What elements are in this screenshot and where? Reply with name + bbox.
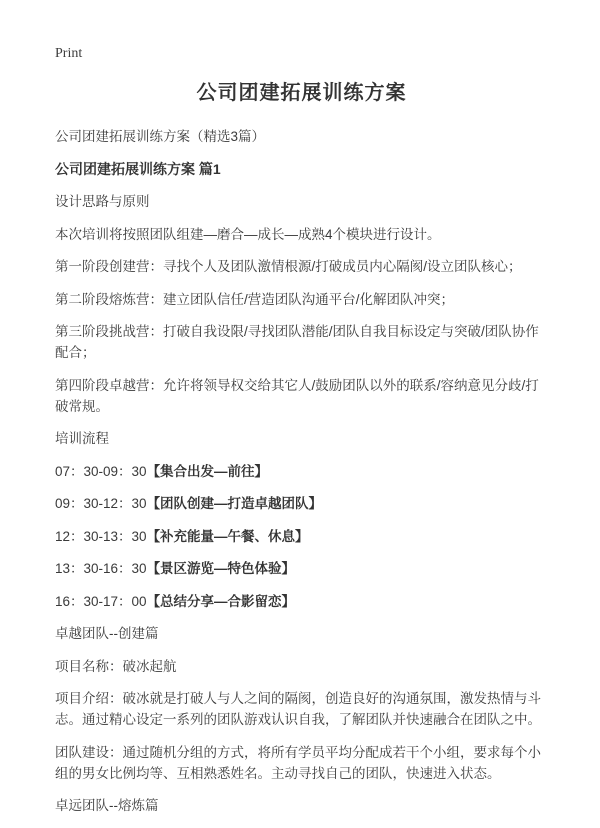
paragraph: 培训流程 — [55, 428, 548, 449]
schedule-time: 13：30-16：30 — [55, 561, 147, 576]
schedule-label: 【总结分享—合影留恋】 — [147, 594, 296, 609]
document-page: Print 公司团建拓展训练方案 公司团建拓展训练方案（精选3篇）公司团建拓展训… — [0, 0, 600, 828]
schedule-label: 【景区游览—特色体验】 — [147, 561, 296, 576]
schedule-label: 【补充能量—午餐、休息】 — [147, 529, 309, 544]
paragraph: 设计思路与原则 — [55, 191, 548, 212]
schedule-label: 【团队创建—打造卓越团队】 — [147, 496, 323, 511]
paragraph: 本次培训将按照团队组建—磨合—成长—成熟4个模块进行设计。 — [55, 224, 548, 245]
document-content: 公司团建拓展训练方案（精选3篇）公司团建拓展训练方案 篇1设计思路与原则本次培训… — [55, 126, 548, 816]
paragraph: 第二阶段熔炼营：建立团队信任/营造团队沟通平台/化解团队冲突； — [55, 289, 548, 310]
paragraph: 卓越团队--创建篇 — [55, 623, 548, 644]
schedule-label: 【集合出发—前往】 — [147, 464, 269, 479]
paragraph: 第一阶段创建营：寻找个人及团队激情根源/打破成员内心隔阂/设立团队核心； — [55, 256, 548, 277]
section-heading: 公司团建拓展训练方案 篇1 — [55, 159, 548, 180]
schedule-item: 12：30-13：30【补充能量—午餐、休息】 — [55, 526, 548, 547]
paragraph: 项目名称：破冰起航 — [55, 656, 548, 677]
schedule-time: 07：30-09：30 — [55, 464, 147, 479]
print-button[interactable]: Print — [55, 46, 82, 62]
schedule-item: 16：30-17：00【总结分享—合影留恋】 — [55, 591, 548, 612]
document-subtitle: 公司团建拓展训练方案（精选3篇） — [55, 126, 548, 147]
schedule-item: 13：30-16：30【景区游览—特色体验】 — [55, 558, 548, 579]
page-title: 公司团建拓展训练方案 — [55, 80, 548, 106]
schedule-time: 09：30-12：30 — [55, 496, 147, 511]
schedule-item: 09：30-12：30【团队创建—打造卓越团队】 — [55, 493, 548, 514]
paragraph: 卓远团队--熔炼篇 — [55, 795, 548, 816]
schedule-time: 12：30-13：30 — [55, 529, 147, 544]
schedule-time: 16：30-17：00 — [55, 594, 147, 609]
paragraph: 第四阶段卓越营：允许将领导权交给其它人/鼓励团队以外的联系/容纳意见分歧/打破常… — [55, 375, 548, 417]
paragraph: 第三阶段挑战营：打破自我设限/寻找团队潜能/团队自我目标设定与突破/团队协作配合… — [55, 321, 548, 363]
paragraph: 项目介绍：破冰就是打破人与人之间的隔阂，创造良好的沟通氛围，激发热情与斗志。通过… — [55, 688, 548, 730]
paragraph: 团队建设：通过随机分组的方式，将所有学员平均分配成若干个小组，要求每个小组的男女… — [55, 742, 548, 784]
schedule-item: 07：30-09：30【集合出发—前往】 — [55, 461, 548, 482]
